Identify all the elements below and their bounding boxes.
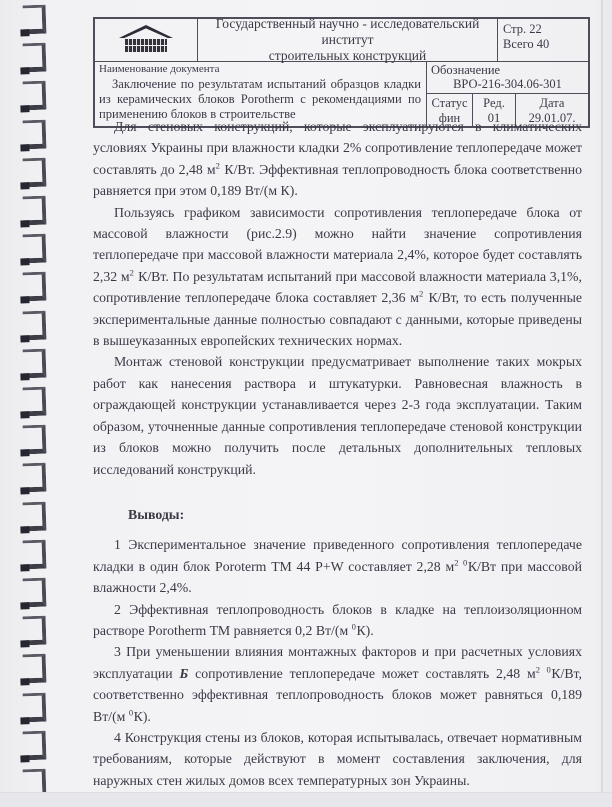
binder-ring-icon <box>23 730 47 760</box>
binder-ring-icon <box>23 425 47 455</box>
binder-ring-icon <box>23 539 47 569</box>
conclusions-heading: Выводы: <box>93 504 582 525</box>
page-bottom-edge <box>0 792 612 807</box>
document-header-table: Государственный научно - исследовательск… <box>93 17 590 128</box>
house-roof-shape <box>119 25 173 38</box>
binder-ring-icon <box>23 81 47 111</box>
binder-ring-icon <box>23 43 47 73</box>
conclusion-item-4: 4 Конструкция стены из блоков, которая и… <box>93 727 582 791</box>
binder-ring-icon <box>23 196 47 226</box>
conclusion-item-3: 3 При уменьшении влияния монтажных факто… <box>93 641 582 727</box>
designation-label: Обозначение <box>431 63 584 77</box>
designation-cell: Обозначение ВРО-216-304.06-301 <box>427 62 588 94</box>
revision-label: Ред. <box>483 96 505 111</box>
document-name-label: Наименование документа <box>99 63 421 76</box>
binder-ring-icon <box>23 654 47 684</box>
logo-text-stripes <box>125 39 167 52</box>
binder-ring-icon <box>23 501 47 531</box>
designation-value: ВРО-216-304.06-301 <box>431 77 584 91</box>
binder-ring-icon <box>23 5 47 35</box>
institute-house-logo-icon <box>119 25 173 55</box>
page-right-edge <box>601 0 603 807</box>
page-count-cell: Стр. 22 Всего 40 <box>498 19 588 61</box>
conclusion-item-1: 1 Экспериментальное значение приведенног… <box>93 534 582 598</box>
paragraph-wall-constructions: Для стеновых конструкций, которые эксплу… <box>93 116 582 202</box>
header-row-top: Государственный научно - исследовательск… <box>95 19 588 62</box>
binder-rings <box>0 0 70 807</box>
binder-ring-icon <box>23 157 47 187</box>
date-label: Дата <box>540 96 565 111</box>
binder-ring-icon <box>23 692 47 722</box>
paragraph-wall-assembly: Монтаж стеновой конструкции предусматрив… <box>93 351 582 479</box>
institute-name-line1: Государственный научно - исследовательск… <box>198 16 497 48</box>
binder-ring-icon <box>23 387 47 417</box>
conclusion-item-2: 2 Эффективная теплопроводность блоков в … <box>93 599 582 642</box>
binder-ring-icon <box>23 272 47 302</box>
institute-name-cell: Государственный научно - исследовательск… <box>198 19 498 61</box>
binder-ring-icon <box>23 234 47 264</box>
binder-ring-icon <box>23 119 47 149</box>
status-label: Статус <box>431 96 467 111</box>
logo-cell <box>95 19 198 61</box>
binder-ring-icon <box>23 578 47 608</box>
page-number: Стр. 22 <box>503 22 583 37</box>
document-body: Для стеновых конструкций, которые эксплу… <box>93 116 582 791</box>
binder-ring-icon <box>23 616 47 646</box>
total-pages: Всего 40 <box>503 37 583 52</box>
paragraph-moisture-graph: Пользуясь графиком зависимости сопротивл… <box>93 202 582 352</box>
binder-ring-icon <box>23 310 47 340</box>
scanned-document-page: Государственный научно - исследовательск… <box>0 0 612 807</box>
binder-ring-icon <box>23 348 47 378</box>
binder-ring-icon <box>23 463 47 493</box>
